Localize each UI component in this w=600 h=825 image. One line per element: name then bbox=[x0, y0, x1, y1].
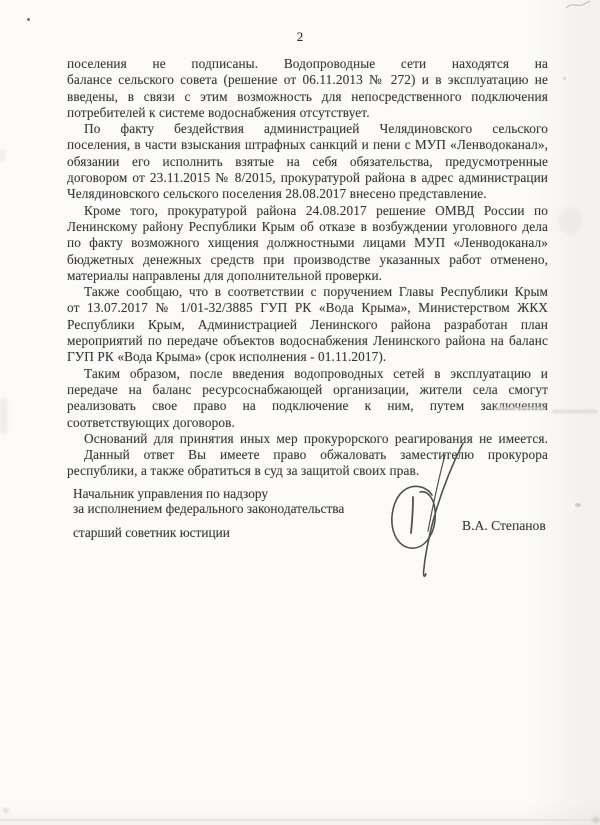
text-line: Также сообщаю, что в соответствии с пору… bbox=[67, 284, 548, 300]
signature-block: Начальник управления по надзору за испол… bbox=[73, 486, 344, 541]
scan-artifact bbox=[558, 207, 582, 235]
scan-artifact bbox=[3, 808, 9, 813]
body-paragraph: Данный ответ Вы имеете право обжаловать … bbox=[67, 447, 548, 480]
text-line: Данный ответ Вы имеете право обжаловать … bbox=[67, 447, 548, 463]
text-line: обязании его исполнить взятые на себя об… bbox=[67, 154, 548, 170]
body-paragraph: Также сообщаю, что в соответствии с пору… bbox=[67, 284, 548, 365]
text-line: по факту возможного хищения должностными… bbox=[67, 235, 548, 251]
scan-artifact bbox=[0, 398, 7, 434]
text-line: Таким образом, после введения водопровод… bbox=[67, 366, 548, 382]
text-line: передаче на баланс ресурсоснабжающей орг… bbox=[67, 382, 548, 398]
text-line: республики, а также обратиться в суд за … bbox=[67, 463, 548, 479]
body-paragraph: Оснований для принятия иных мер прокурор… bbox=[67, 431, 548, 447]
text-line: Республики Крым, Администрацией Ленинско… bbox=[67, 317, 548, 333]
text-line: реализовать свое право на подключение к … bbox=[67, 398, 548, 414]
text-line: Челядиновского сельского поселения 28.08… bbox=[67, 186, 548, 202]
scan-artifact bbox=[0, 150, 5, 161]
scan-artifact bbox=[27, 18, 30, 21]
text-line: от 13.07.2017 № 1/01-32/3885 ГУП РК «Вод… bbox=[67, 300, 548, 316]
signer-name: В.А. Степанов bbox=[462, 518, 546, 534]
signer-rank: старший советник юстиции bbox=[73, 525, 344, 541]
body-paragraph: Таким образом, после введения водопровод… bbox=[67, 366, 548, 431]
signature-scribble bbox=[383, 437, 473, 582]
letter-body: поселения не подписаны. Водопроводные се… bbox=[67, 56, 548, 480]
text-line: Ленинскому району Республики Крым об отк… bbox=[67, 219, 548, 235]
text-line: Кроме того, прокуратурой района 24.08.20… bbox=[67, 203, 548, 219]
text-line: мероприятий по передаче объектов водосна… bbox=[67, 333, 548, 349]
text-line: Оснований для принятия иных мер прокурор… bbox=[67, 431, 548, 447]
page-number: 2 bbox=[0, 29, 600, 45]
text-line: балансе сельского совета (решение от 06.… bbox=[67, 72, 548, 88]
scan-artifact bbox=[563, 77, 566, 80]
text-line: бюджетных денежных средств при производс… bbox=[67, 252, 548, 268]
text-line: поселения не подписаны. Водопроводные се… bbox=[67, 56, 548, 72]
scan-artifact bbox=[575, 503, 581, 507]
body-paragraph: поселения не подписаны. Водопроводные се… bbox=[67, 56, 548, 121]
text-line: ГУП РК «Вода Крыма» (срок исполнения - 0… bbox=[67, 349, 548, 365]
scan-artifact bbox=[564, 0, 592, 10]
text-line: потребителей к системе водоснабжения отс… bbox=[67, 105, 548, 121]
text-line: введены, в связи с этим возможность для … bbox=[67, 89, 548, 105]
text-line: поселения, в части взыскания штрафных са… bbox=[67, 137, 548, 153]
text-line: договором от 23.11.2015 № 8/2015, прокур… bbox=[67, 170, 548, 186]
body-paragraph: Кроме того, прокуратурой района 24.08.20… bbox=[67, 203, 548, 284]
scan-artifact bbox=[0, 819, 600, 821]
scan-artifact bbox=[552, 410, 598, 413]
body-paragraph: По факту бездействия администрацией Челя… bbox=[67, 121, 548, 202]
scan-artifact bbox=[592, 817, 600, 823]
text-line: По факту бездействия администрацией Челя… bbox=[67, 121, 548, 137]
text-line: материалы направлены для дополнительной … bbox=[67, 268, 548, 284]
signer-position-line1: Начальник управления по надзору bbox=[73, 486, 344, 501]
text-line: соответствующих договоров. bbox=[67, 415, 548, 431]
signer-position-line2: за исполнением федерального законодатель… bbox=[73, 501, 344, 516]
document-page: 2 поселения не подписаны. Водопроводные … bbox=[0, 0, 600, 825]
